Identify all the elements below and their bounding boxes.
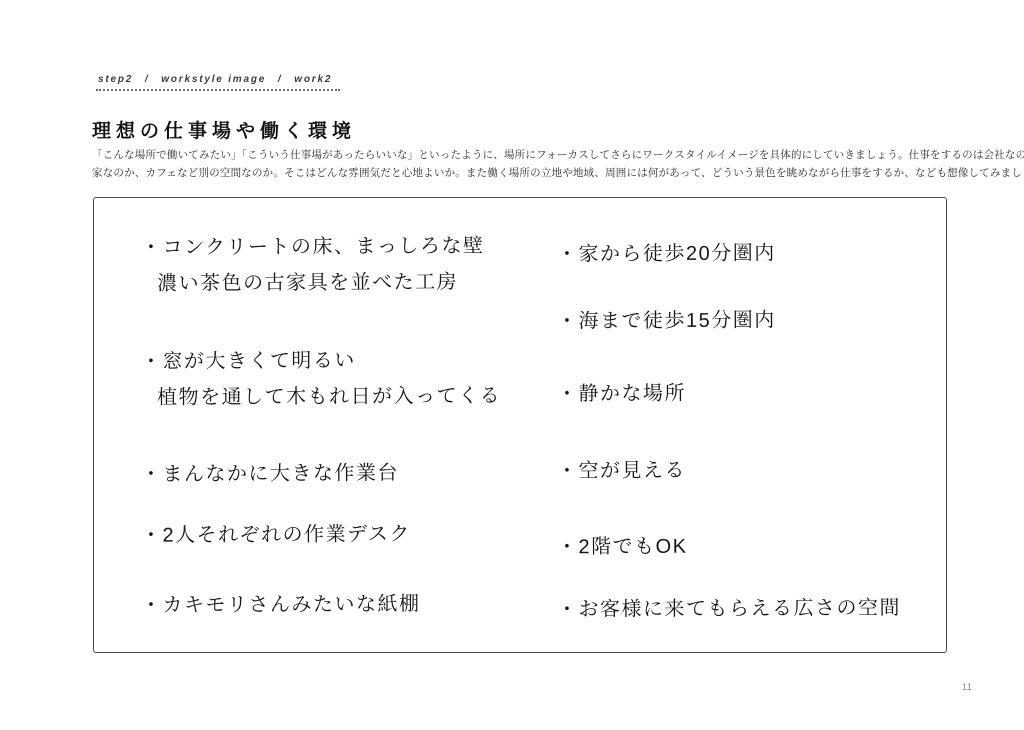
note-line: ・2人それぞれの作業デスク bbox=[141, 516, 411, 553]
note-item: ・家から徒歩20分圏内 bbox=[557, 235, 776, 272]
note-line: ・お客様に来てもらえる広さの空間 bbox=[557, 590, 901, 628]
note-line: ・静かな場所 bbox=[557, 376, 686, 413]
note-line: ・空が見える bbox=[557, 453, 686, 490]
note-item: ・お客様に来てもらえる広さの空間 bbox=[557, 590, 901, 628]
note-item: ・カキモリさんみたいな紙棚 bbox=[141, 586, 421, 623]
note-line: ・まんなかに大きな作業台 bbox=[141, 455, 399, 492]
page-title: 理想の仕事場や働く環境 bbox=[92, 116, 356, 143]
note-item: ・海まで徒歩15分圏内 bbox=[557, 302, 776, 339]
description-line: 「こんな場所で働いてみたい」「こういう仕事場があったらいいな」といったように、場… bbox=[92, 146, 952, 164]
note-item: ・空が見える bbox=[557, 453, 686, 490]
note-item: ・静かな場所 bbox=[557, 376, 686, 413]
note-line: ・海まで徒歩15分圏内 bbox=[557, 302, 776, 339]
worksheet-box: ・コンクリートの床、まっしろな壁 濃い茶色の古家具を並べた工房 ・窓が大きくて明… bbox=[93, 197, 947, 653]
note-line: 濃い茶色の古家具を並べた工房 bbox=[141, 264, 485, 302]
note-item: ・まんなかに大きな作業台 bbox=[141, 455, 399, 492]
worksheet-page: step2 / workstyle image / work2 理想の仕事場や働… bbox=[0, 0, 1024, 730]
note-line: ・窓が大きくて明るい bbox=[141, 342, 501, 380]
note-line: 植物を通して木もれ日が入ってくる bbox=[141, 378, 501, 416]
note-line: ・2階でもOK bbox=[557, 529, 688, 566]
page-description: 「こんな場所で働いてみたい」「こういう仕事場があったらいいな」といったように、場… bbox=[92, 146, 952, 182]
description-line: 家なのか、カフェなど別の空間なのか。そこはどんな雰囲気だと心地よいか。また働く場… bbox=[92, 164, 952, 182]
note-item: ・コンクリートの床、まっしろな壁 濃い茶色の古家具を並べた工房 bbox=[141, 228, 485, 302]
breadcrumb: step2 / workstyle image / work2 bbox=[96, 70, 340, 91]
note-line: ・家から徒歩20分圏内 bbox=[557, 235, 776, 272]
page-number: 11 bbox=[962, 682, 972, 692]
note-line: ・カキモリさんみたいな紙棚 bbox=[141, 586, 421, 623]
note-line: ・コンクリートの床、まっしろな壁 bbox=[141, 228, 485, 266]
note-item: ・2階でもOK bbox=[557, 529, 688, 566]
note-item: ・2人それぞれの作業デスク bbox=[141, 516, 411, 553]
note-item: ・窓が大きくて明るい 植物を通して木もれ日が入ってくる bbox=[141, 342, 501, 416]
